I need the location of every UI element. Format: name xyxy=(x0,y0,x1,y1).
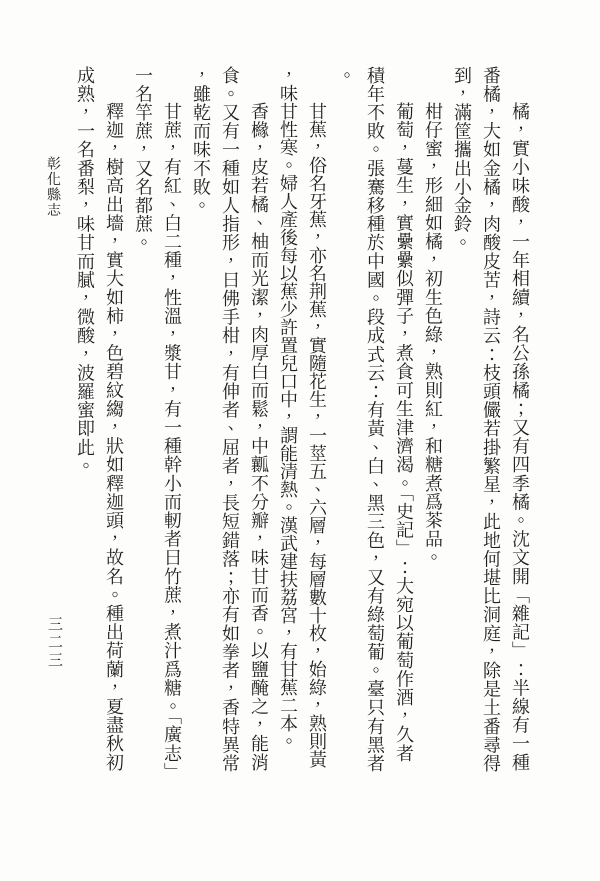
book-spine-title: 彰化縣志 xyxy=(42,156,62,218)
entry-banana: 甘蕉，俗名牙蕉，亦名荆蕉，實隨花生，一莖五、六層，每層數十枚，始綠，熟則黃，味甘… xyxy=(273,66,331,774)
entry-grape: 葡萄，蔓生，實纍纍似彈子，煮食可生津濟渴。「史記」：大宛以葡萄作酒，久者積年不敗… xyxy=(331,66,418,774)
entry-sugarcane: 甘蔗，有紅、白二種，性溫，漿甘，有一種幹小而軔者曰竹蔗，煮汁爲糖。「廣志」一名竿… xyxy=(128,66,186,774)
entry-tangerine: 橘，實小味酸，一年相續，名公孫橘；又有四季橘。沈文開「雜記」：半線有一種番橘，大… xyxy=(447,66,534,774)
entry-sugar-apple: 釋迦，樹高出墻，實大如柿，色碧紋縐，狀如釋迦頭，故名。種出荷蘭，夏盡秋初成熟，一… xyxy=(70,66,128,774)
main-text-block: 橘，實小味酸，一年相續，名公孫橘；又有四季橘。沈文開「雜記」：半線有一種番橘，大… xyxy=(70,66,534,774)
book-page: 橘，實小味酸，一年相續，名公孫橘；又有四季橘。沈文開「雜記」：半線有一種番橘，大… xyxy=(0,0,600,881)
entry-citron: 香櫞，皮若橘、柚而光潔，肉厚白而鬆，中瓤不分瓣，味甘而香。以鹽醃之，能消食。又有… xyxy=(186,66,273,774)
page-number: 三二三 xyxy=(44,616,65,670)
entry-tomato: 柑仔蜜，形細如橘，初生色綠，熟則紅，和糖煮爲茶品。 xyxy=(418,66,447,774)
